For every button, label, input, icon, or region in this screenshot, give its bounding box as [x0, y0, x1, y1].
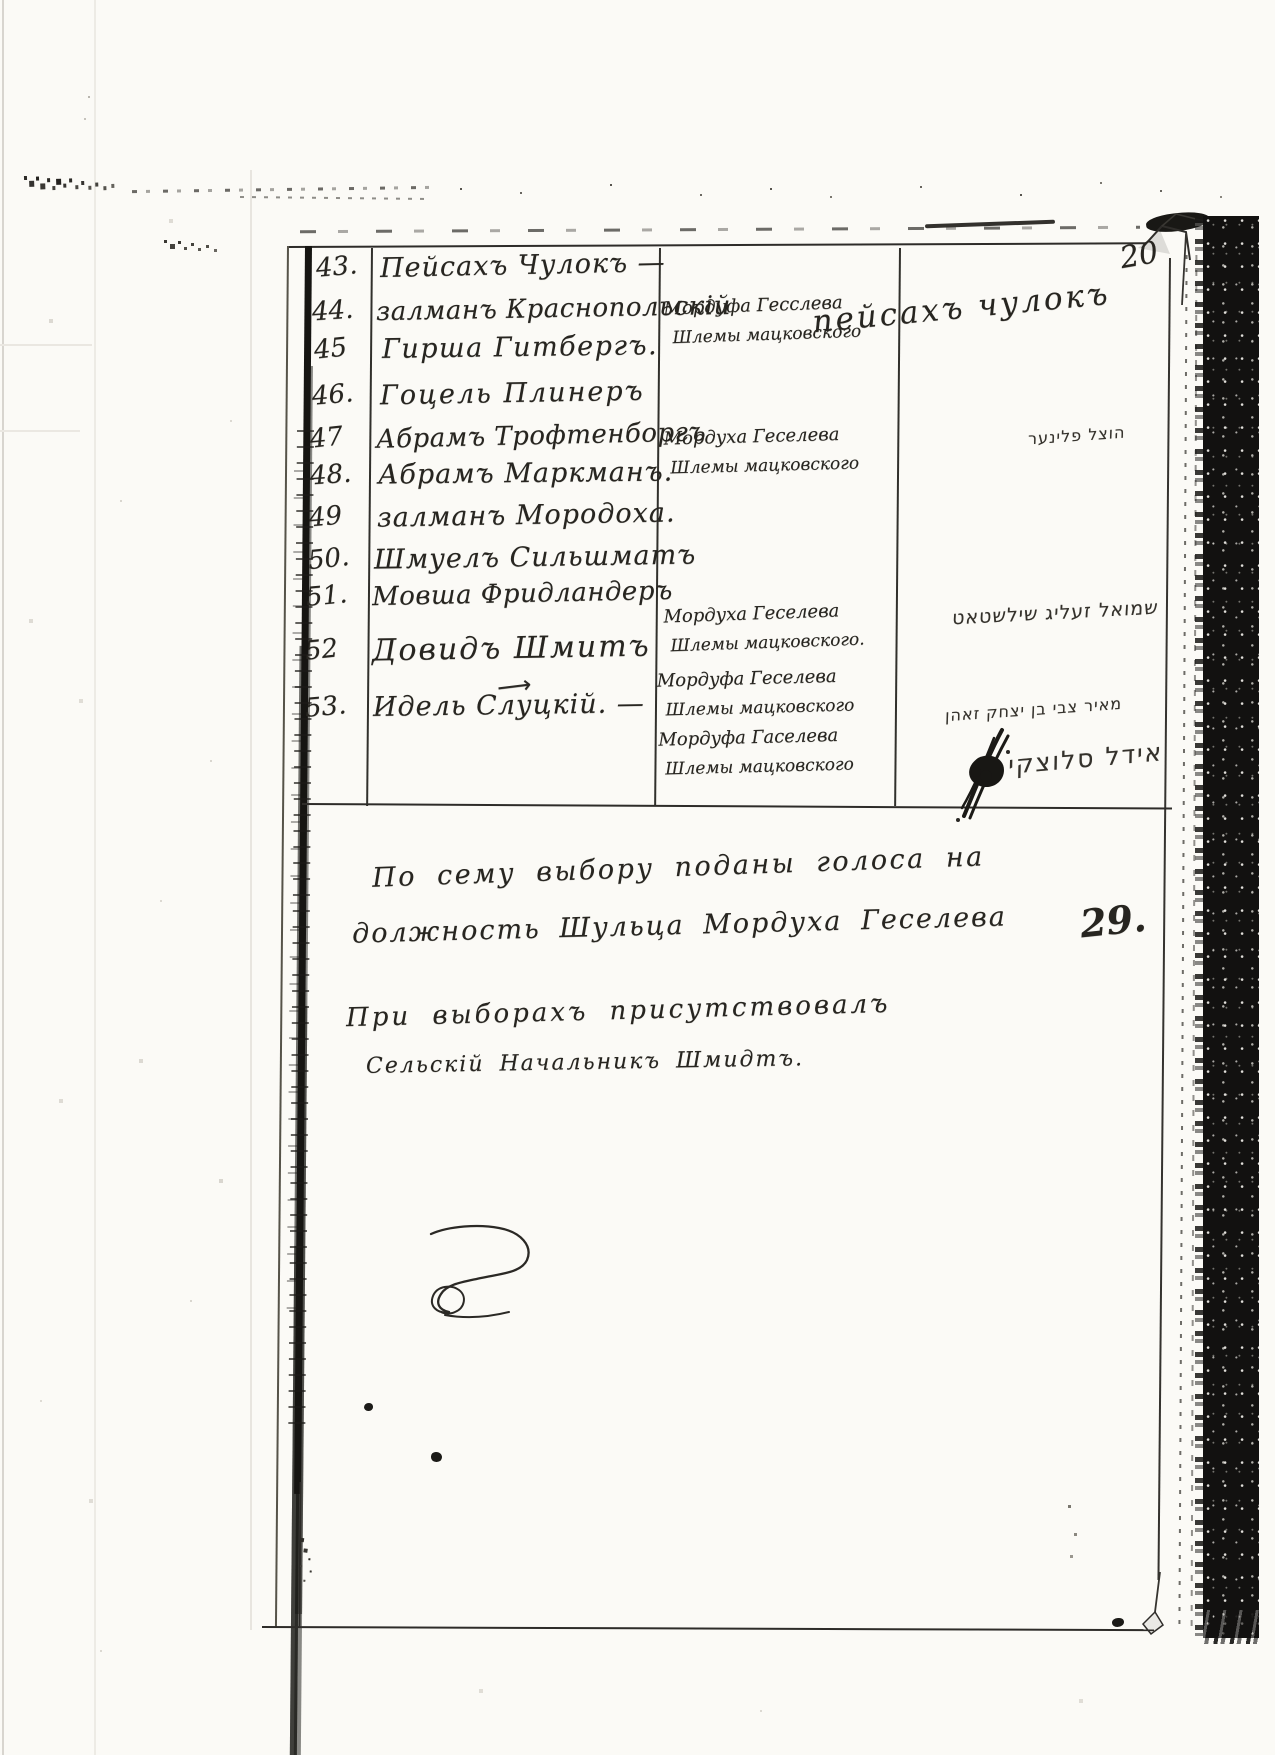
row-number: 53.: [304, 690, 348, 723]
vote-line: Шлемы мацковского: [670, 449, 859, 483]
faint-dots-right: [1068, 1505, 1071, 1508]
ink-dot: [431, 1452, 442, 1462]
summary-line-3: При выборахъ присутствовалъ: [346, 989, 891, 1033]
summary-vote-count: 29.: [1078, 895, 1148, 947]
ghost-fold-line: [94, 0, 96, 1755]
scan-noise-scatter: [460, 188, 462, 190]
vote-entry: Мордуха Геселева Шлемы мацковского.: [663, 595, 865, 662]
ink-speckle-cluster-bottom: [300, 1538, 305, 1543]
dust-speckles: [0, 0, 2, 2]
scan-noise-cluster-left: [24, 176, 27, 180]
scan-noise-dotline: [132, 186, 432, 193]
arrow-mark: ⟶: [495, 670, 533, 702]
page-left-border-outer: [275, 246, 289, 1628]
page-right-border: [1157, 258, 1171, 1580]
page-top-border: [288, 242, 1146, 248]
row-name: Гоцель Плинеръ: [380, 376, 645, 412]
row-number: 50.: [307, 542, 351, 576]
vote-line: Шлемы мацковского.: [670, 626, 865, 662]
summary-line-4: Сельскій Начальникъ Шмидтъ.: [366, 1046, 804, 1079]
ink-dot: [364, 1403, 373, 1411]
top-border-smudge: [300, 226, 1140, 233]
page-number: 20: [1117, 235, 1161, 276]
annotation-row43: пейсахъ чулокъ: [811, 276, 1112, 340]
annotation-row46-hebrew: הוצל פלינער: [1028, 423, 1126, 449]
table-column-line-numbers: [366, 248, 373, 806]
row-number: 51.: [305, 579, 349, 612]
document-scan: 43. Пейсахъ Чулокъ — 44. залманъ Красноп…: [0, 0, 1275, 1755]
row-number: 44.: [311, 295, 354, 328]
vote-line: Шлемы мацковского: [665, 750, 856, 784]
row-name: Гирша Гитбергъ.: [382, 330, 659, 365]
annotation-row52-hebrew: מאיר צבי בן יצחק זאהן: [945, 694, 1123, 725]
row-name: залманъ Мородоха.: [377, 497, 676, 533]
row-name: Мовша Фридландеръ: [372, 576, 673, 612]
row-name: Довидъ Шмитъ: [372, 629, 651, 669]
row-name: Абрамъ Маркманъ.: [378, 456, 674, 490]
ghost-fold-line-2: [250, 170, 252, 1630]
row-number: 43.: [315, 250, 359, 283]
vote-entry: Мордуха Геселева Шлемы мацковского: [663, 418, 859, 483]
page-bottom-border: [262, 1626, 1154, 1631]
binding-shadow-band: [1203, 216, 1259, 1638]
ghost-streak-2: [0, 430, 80, 432]
bottom-border-blob: [1112, 1618, 1124, 1627]
scan-noise-dotline-2: [240, 196, 430, 200]
ink-blot: [938, 724, 1028, 824]
binding-band-ragged-edge: [1195, 218, 1203, 1636]
table-bottom-border: [302, 803, 1172, 810]
flourish-squiggle: [415, 1218, 550, 1323]
ghost-streak-1: [0, 344, 92, 346]
row-name: Пейсахъ Чулокъ —: [380, 247, 666, 284]
row-number: 46.: [311, 378, 355, 411]
page-edge-dashes-1: [1178, 255, 1187, 1630]
annotation-row50-hebrew: שמואל זעליג שילשטאט: [952, 597, 1160, 630]
summary-line-1: По сему выбору поданы голоса на: [372, 841, 986, 893]
row-number: 48.: [309, 459, 352, 492]
scan-edge-line: [2, 0, 4, 1755]
vote-line: Мордуха Геселева: [663, 418, 858, 454]
page-left-border-lower: [298, 1482, 301, 1628]
row-number: 47: [309, 421, 345, 454]
summary-line-2: должность Шульца Мордуха Геселева: [352, 901, 1008, 949]
row-number: 45: [313, 332, 349, 365]
scan-noise-cluster-2: [164, 240, 167, 243]
row-name: Шмуелъ Сильшматъ: [374, 539, 697, 575]
corner-fold-bottom-right-marks: [1136, 1572, 1196, 1642]
row-number: 49: [308, 501, 344, 534]
annotation-row53-hebrew: אידל סלוצקי: [1008, 737, 1163, 780]
binding-band-fade-bottom: [1203, 1610, 1259, 1644]
vote-entry: Мордуфа Геселева Шлемы мацковского Морду…: [656, 661, 856, 784]
row-number: 52: [304, 633, 340, 666]
